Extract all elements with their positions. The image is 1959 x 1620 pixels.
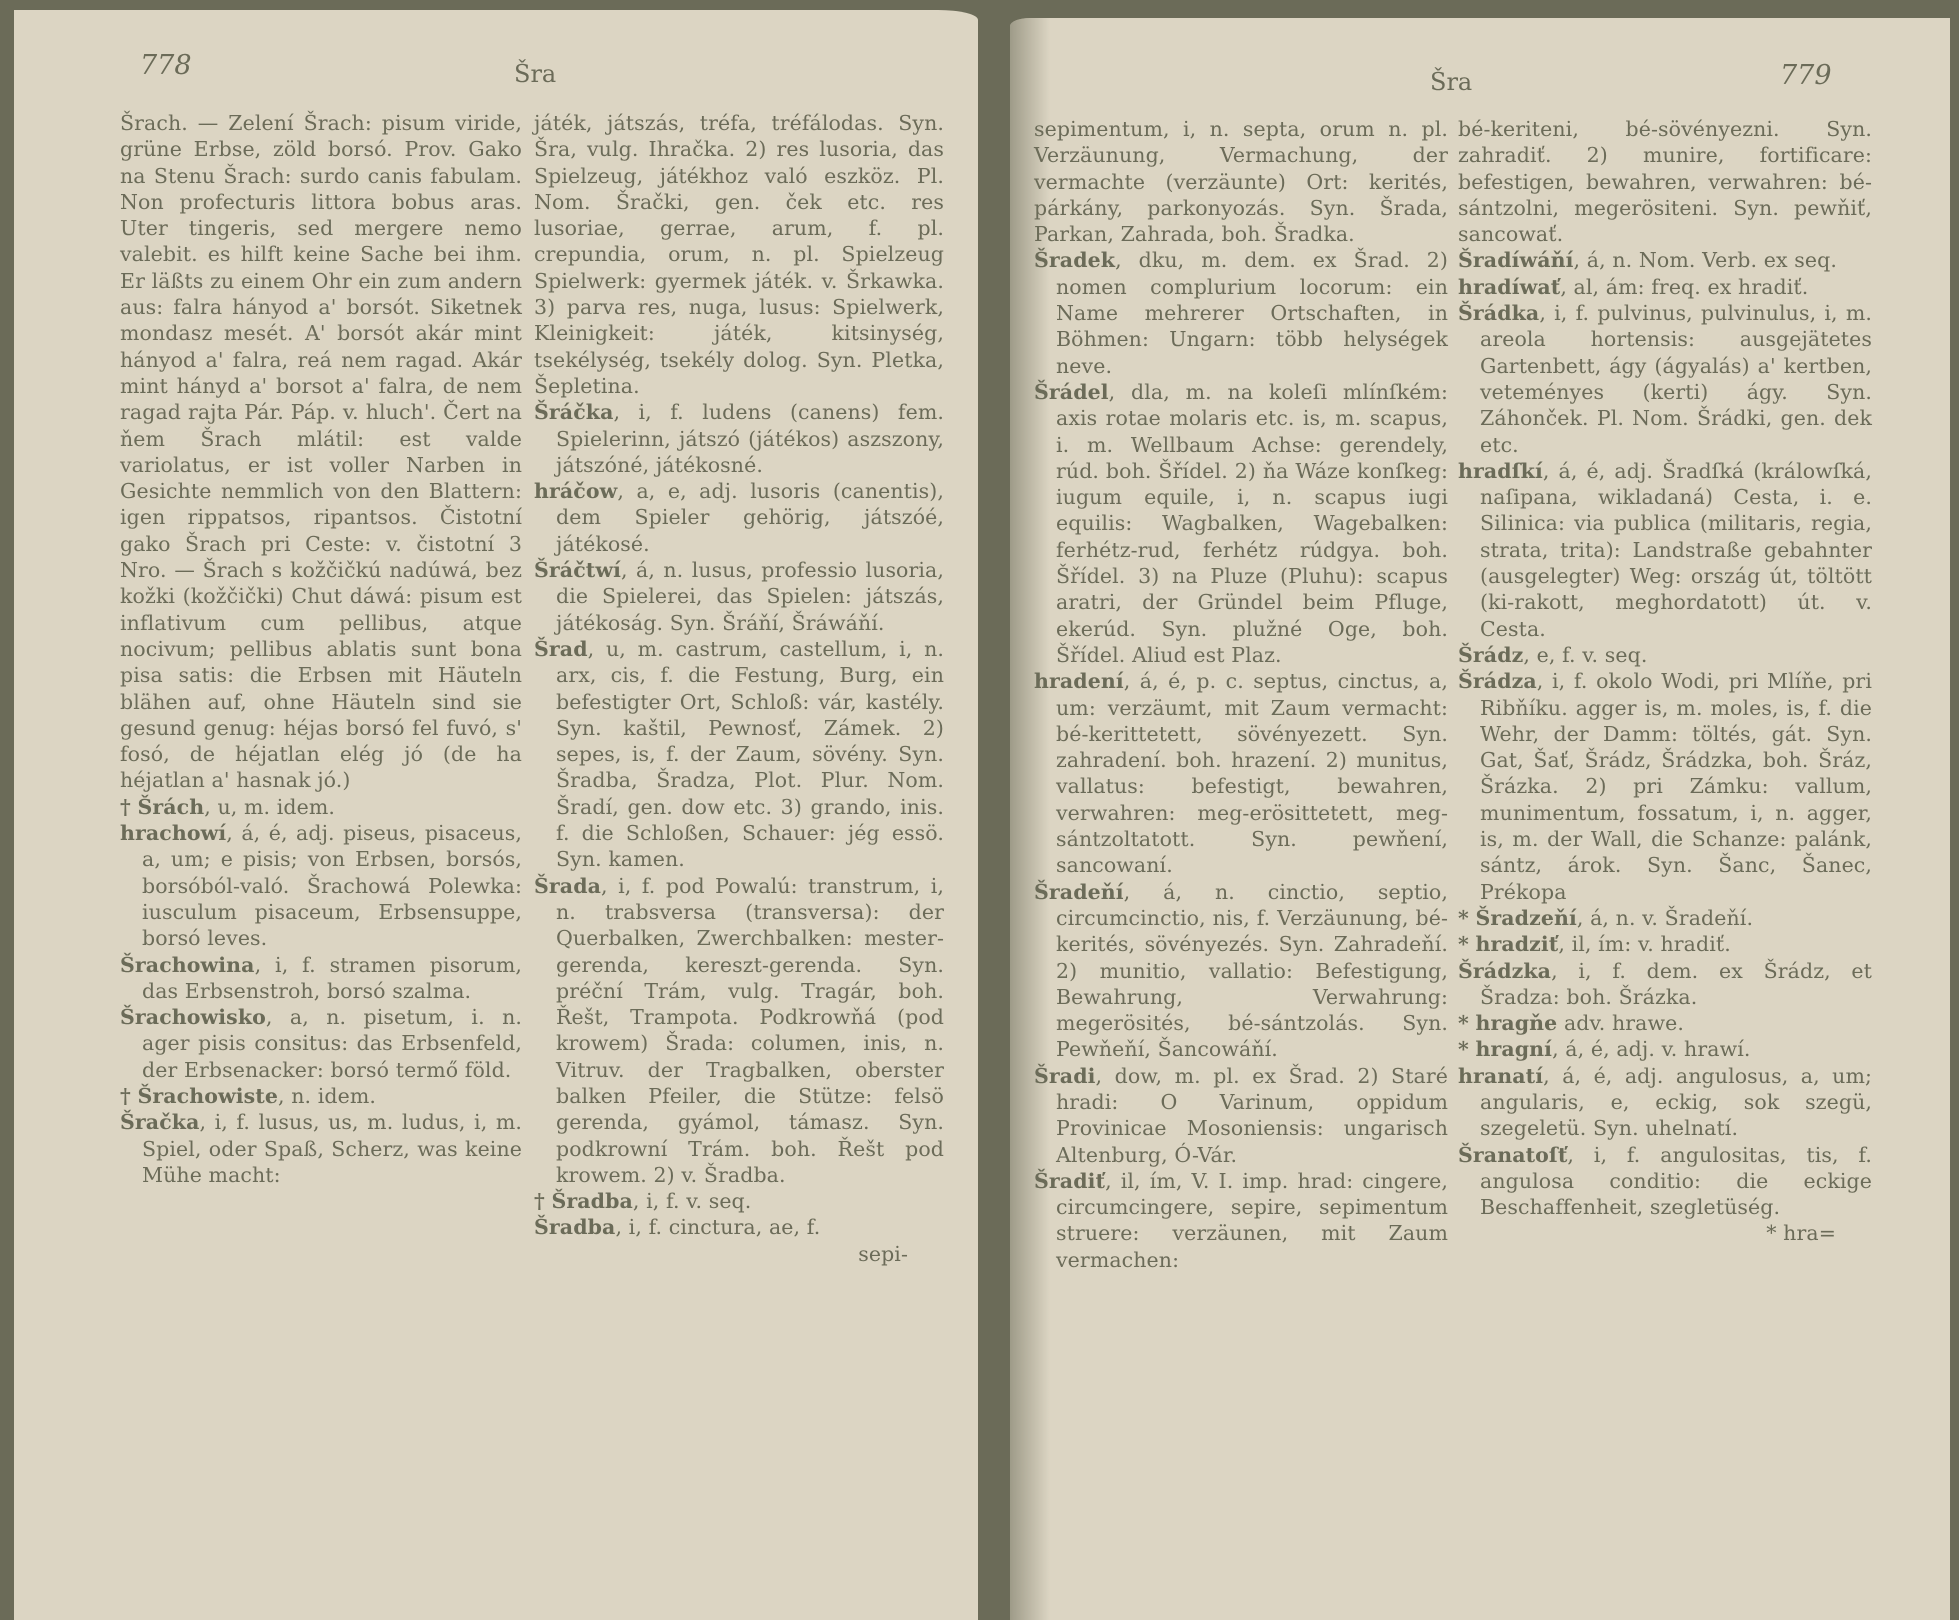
entry-text: , á, é, adj. Šradſká (králowſká, naſipan… (1480, 459, 1872, 641)
headword: Šradba (534, 1215, 615, 1239)
right-page-column-2: bé-keriteni, bé-sövényezni. Syn. zahradi… (1458, 116, 1872, 1247)
entry-text: , dla, m. na koleſi mlínſkém: axis rotae… (1056, 380, 1448, 667)
left-page-column-1: Šrach. — Zelení Šrach: pisum viride, grü… (120, 110, 522, 1188)
entry-text: , i, f. pulvinus, pulvinulus, i, m. areo… (1480, 301, 1872, 456)
headword: Šráčtwí (534, 558, 621, 582)
headword: hráčow (534, 479, 617, 503)
headword: Šrachowina (120, 953, 255, 977)
dictionary-entry: Šrada, i, f. pod Powalú: transtrum, i, n… (534, 873, 944, 1189)
right-page-column-1: sepimentum, i, n. septa, orum n. pl. Ver… (1034, 116, 1448, 1273)
entry-text: , á, n. Nom. Verb. ex seq. (1574, 248, 1837, 272)
entry-text: , á, é, adj. v. hrawí. (1552, 1037, 1750, 1061)
entry-text: , il, ím: v. hradiť. (1558, 932, 1730, 956)
asterisk-mark-icon: * (1458, 932, 1469, 956)
dictionary-entry: * Šradzeňí, á, n. v. Šradeňí. (1458, 905, 1872, 931)
headword: Šrádza (1458, 669, 1537, 693)
dictionary-entry: Šradek, dku, m. dem. ex Šrad. 2) nomen c… (1034, 247, 1448, 378)
dictionary-entry: Šradíwáňí, á, n. Nom. Verb. ex seq. (1458, 247, 1872, 273)
dictionary-entry: † Šrách, u, m. idem. (120, 794, 522, 820)
dictionary-entry: † Šradba, i, f. v. seq. (534, 1188, 944, 1214)
entry-text: Šrach. — Zelení Šrach: pisum viride, grü… (120, 111, 522, 792)
dictionary-entry: Šrachowina, i, f. stramen pisorum, das E… (120, 952, 522, 1005)
headword: hrachowí (120, 821, 226, 845)
left-page: 778 Šra Šrach. — Zelení Šrach: pisum vir… (14, 10, 978, 1620)
catchword: * hra= (1458, 1220, 1872, 1246)
headword: Šranatoſť (1458, 1143, 1567, 1167)
dictionary-entry: Šráčtwí, á, n. lusus, professio lusoria,… (534, 557, 944, 636)
entry-text: , á, n. v. Šradeňí. (1577, 906, 1753, 930)
headword: Šradiť (1034, 1169, 1105, 1193)
entry-text: , il, ím, V. I. imp. hrad: cingere, circ… (1056, 1169, 1448, 1272)
entry-text: , n. idem. (278, 1084, 376, 1108)
entry-text: , i, f. pod Powalú: transtrum, i, n. tra… (556, 874, 944, 1187)
obsolete-mark-icon: † (120, 795, 131, 819)
entry-text: , al, ám: freq. ex hradiť. (1560, 275, 1808, 299)
entry-continuation: Šrach. — Zelení Šrach: pisum viride, grü… (120, 110, 522, 794)
headword: Šrad (534, 637, 588, 661)
dictionary-entry: hradíwať, al, ám: freq. ex hradiť. (1458, 274, 1872, 300)
asterisk-mark-icon: * (1458, 1037, 1469, 1061)
entry-text: , dku, m. dem. ex Šrad. 2) nomen complur… (1056, 248, 1448, 377)
left-page-column-2: játék, játszás, tréfa, tréfálodas. Syn. … (534, 110, 944, 1267)
headword: hradſkí (1458, 459, 1543, 483)
catchword: sepi- (534, 1241, 944, 1267)
headword: Šradek (1034, 248, 1115, 272)
entry-text: bé-keriteni, bé-sövényezni. Syn. zahradi… (1458, 117, 1872, 246)
entry-text: , u, m. idem. (204, 795, 335, 819)
headword: Šrádzka (1458, 959, 1551, 983)
right-page: Šra 779 sepimentum, i, n. septa, orum n.… (1010, 18, 1950, 1620)
headword: Šráčka (534, 400, 613, 424)
running-head-left: Šra (514, 60, 556, 88)
headword: hranatí (1458, 1064, 1543, 1088)
dictionary-entry: Šračka, i, f. lusus, us, m. ludus, i, m.… (120, 1109, 522, 1188)
entry-text: adv. hrawe. (1557, 1011, 1684, 1035)
entry-continuation: játék, játszás, tréfa, tréfálodas. Syn. … (534, 110, 944, 399)
dictionary-entry: Šrachowisko, a, n. pisetum, i. n. ager p… (120, 1004, 522, 1083)
entry-text: , i, f. v. seq. (633, 1189, 751, 1213)
dictionary-entry: hráčow, a, e, adj. lusoris (canentis), d… (534, 478, 944, 557)
entry-text: , i, f. cinctura, ae, f. (615, 1215, 820, 1239)
headword: Šrách (137, 795, 204, 819)
dictionary-entry: Šrad, u, m. castrum, castellum, i, n. ar… (534, 636, 944, 873)
dictionary-entry: hranatí, á, é, adj. angulosus, a, um; an… (1458, 1063, 1872, 1142)
dictionary-entry: Šrádka, i, f. pulvinus, pulvinulus, i, m… (1458, 300, 1872, 458)
dictionary-entry: Šrádzka, i, f. dem. ex Šrádz, et Šradza:… (1458, 958, 1872, 1011)
headword: Šrachowiste (137, 1084, 278, 1108)
headword: hragní (1475, 1037, 1552, 1061)
headword: Šrachowisko (120, 1005, 266, 1029)
running-head-right: Šra (1430, 68, 1472, 96)
dictionary-entry: hrachowí, á, é, adj. piseus, pisaceus, a… (120, 820, 522, 951)
entry-text: , á, é, p. c. septus, cinctus, a, um: ve… (1056, 669, 1448, 877)
headword: Šračka (120, 1110, 199, 1134)
headword: hragňe (1475, 1011, 1557, 1035)
entry-text: , i, f. lusus, us, m. ludus, i, m. Spiel… (142, 1110, 522, 1187)
dictionary-entry: * hragňe adv. hrawe. (1458, 1010, 1872, 1036)
dictionary-entry: hradſkí, á, é, adj. Šradſká (králowſká, … (1458, 458, 1872, 642)
dictionary-entry: Šrádz, e, f. v. seq. (1458, 642, 1872, 668)
dictionary-entry: * hragní, á, é, adj. v. hrawí. (1458, 1036, 1872, 1062)
headword: hradení (1034, 669, 1124, 693)
entry-text: , dow, m. pl. ex Šrad. 2) Staré hradi: O… (1056, 1064, 1448, 1167)
headword: hradíwať (1458, 275, 1560, 299)
headword: Šrádel (1034, 380, 1109, 404)
dictionary-entry: † Šrachowiste, n. idem. (120, 1083, 522, 1109)
dictionary-entry: Šradiť, il, ím, V. I. imp. hrad: cingere… (1034, 1168, 1448, 1273)
headword: hradziť (1475, 932, 1558, 956)
headword: Šradi (1034, 1064, 1096, 1088)
obsolete-mark-icon: † (534, 1189, 545, 1213)
entry-text: játék, játszás, tréfa, tréfálodas. Syn. … (534, 111, 944, 398)
dictionary-entry: Šranatoſť, i, f. angulositas, tis, f. an… (1458, 1142, 1872, 1221)
page-number-right: 779 (1780, 60, 1832, 91)
dictionary-entry: Šráčka, i, f. ludens (canens) fem. Spiel… (534, 399, 944, 478)
dictionary-entry: Šradi, dow, m. pl. ex Šrad. 2) Staré hra… (1034, 1063, 1448, 1168)
headword: Šradíwáňí (1458, 248, 1574, 272)
dictionary-entry: Šrádel, dla, m. na koleſi mlínſkém: axis… (1034, 379, 1448, 668)
dictionary-entry: hradení, á, é, p. c. septus, cinctus, a,… (1034, 668, 1448, 878)
headword: Šradeňí (1034, 880, 1124, 904)
entry-text: sepimentum, i, n. septa, orum n. pl. Ver… (1034, 117, 1448, 246)
asterisk-mark-icon: * (1458, 906, 1469, 930)
headword: Šrada (534, 874, 601, 898)
headword: Šradzeňí (1475, 906, 1576, 930)
headword: Šrádz (1458, 643, 1523, 667)
entry-text: , u, m. castrum, castellum, i, n. arx, c… (556, 637, 944, 871)
dictionary-entry: Šradba, i, f. cinctura, ae, f. (534, 1214, 944, 1240)
entry-text: , i, f. okolo Wodi, pri Mlíňe, pri Ribňí… (1480, 669, 1872, 903)
dictionary-entry: Šrádza, i, f. okolo Wodi, pri Mlíňe, pri… (1458, 668, 1872, 905)
dictionary-entry: * hradziť, il, ím: v. hradiť. (1458, 931, 1872, 957)
page-number-left: 778 (140, 50, 192, 81)
entry-continuation: bé-keriteni, bé-sövényezni. Syn. zahradi… (1458, 116, 1872, 247)
obsolete-mark-icon: † (120, 1084, 131, 1108)
headword: Šradba (551, 1189, 632, 1213)
entry-text: , á, n. cinctio, septio, circumcinctio, … (1056, 880, 1448, 1062)
entry-text: , i, f. ludens (canens) fem. Spielerinn,… (556, 400, 944, 477)
entry-continuation: sepimentum, i, n. septa, orum n. pl. Ver… (1034, 116, 1448, 247)
asterisk-mark-icon: * (1458, 1011, 1469, 1035)
headword: Šrádka (1458, 301, 1539, 325)
dictionary-entry: Šradeňí, á, n. cinctio, septio, circumci… (1034, 879, 1448, 1063)
entry-text: , e, f. v. seq. (1523, 643, 1647, 667)
